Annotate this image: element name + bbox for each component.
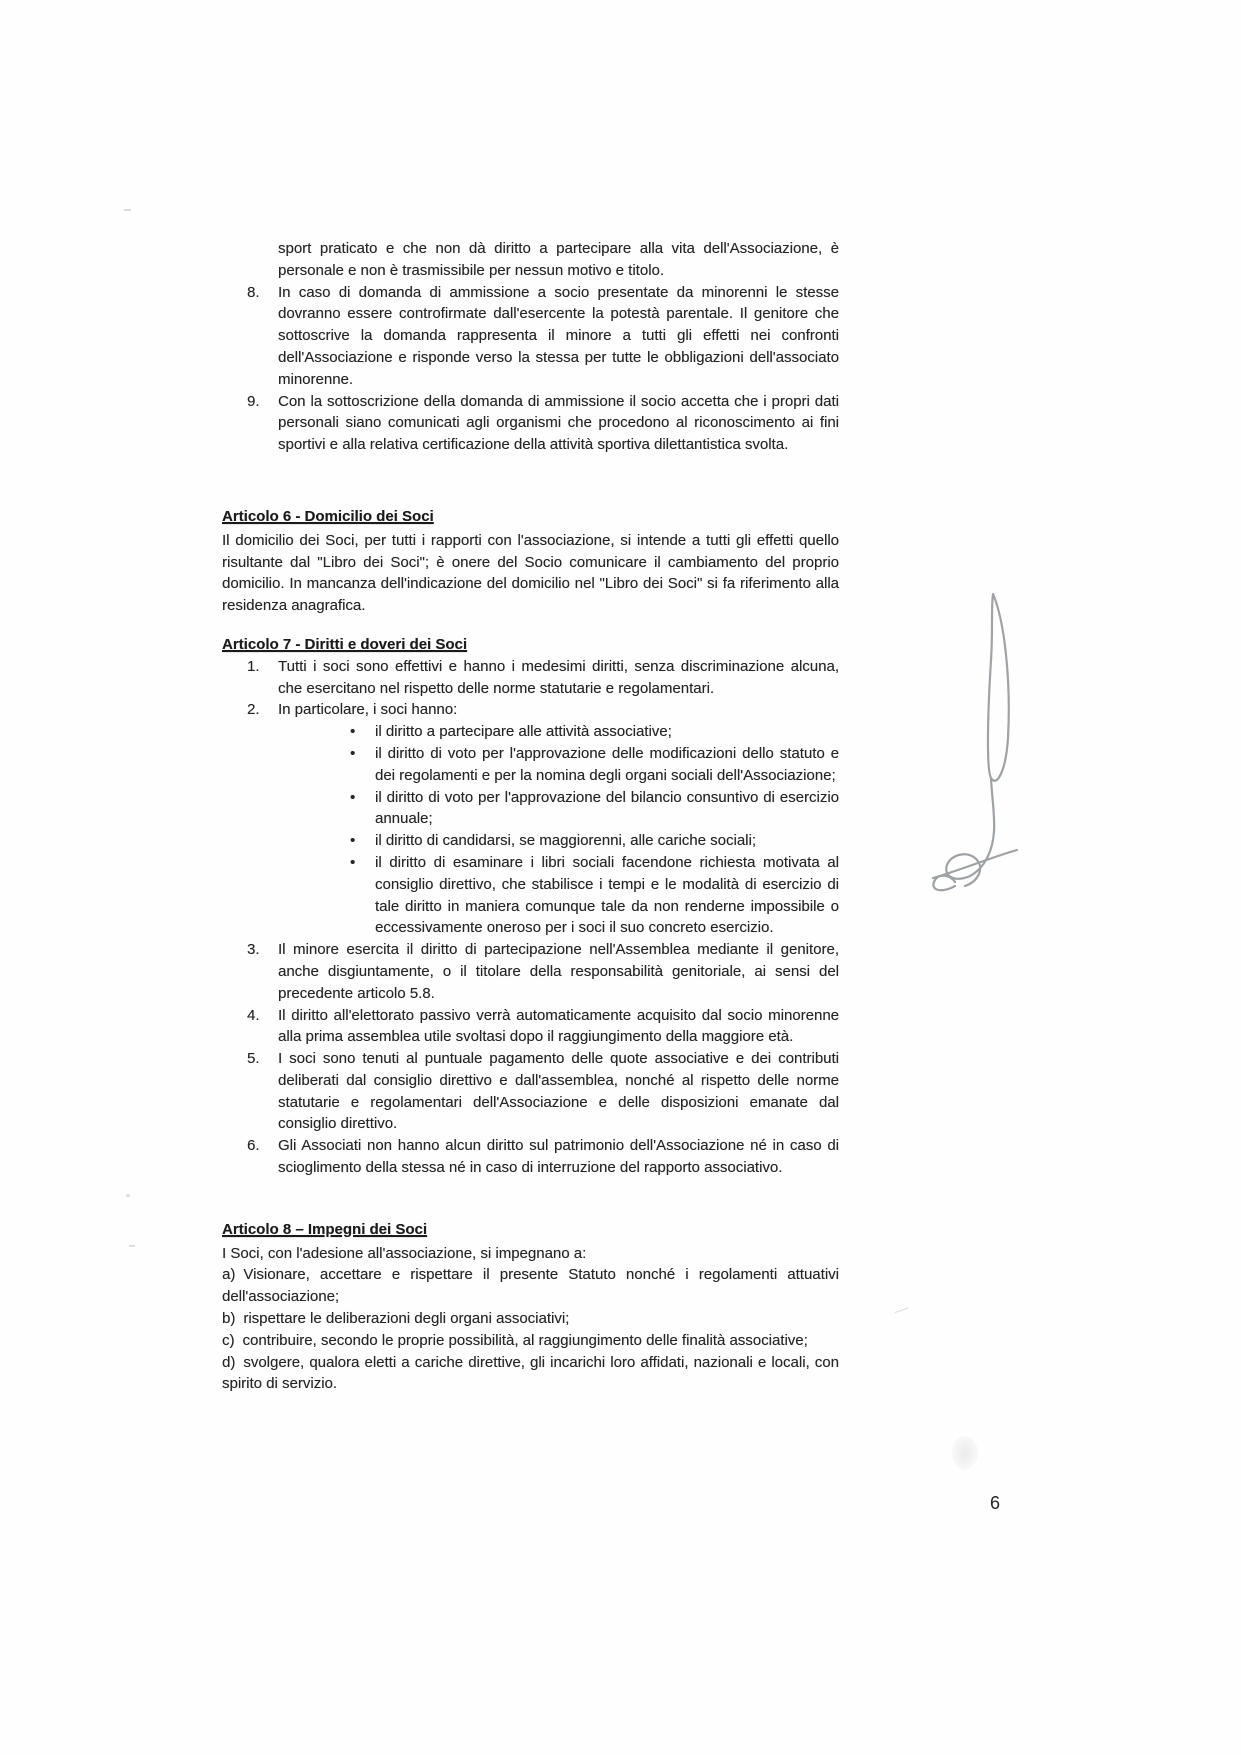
article6-body: Il domicilio dei Soci, per tutti i rappo…	[222, 530, 839, 617]
page-number: 6	[990, 1493, 1000, 1514]
document-body: sport praticato e che non dà diritto a p…	[222, 238, 839, 1395]
bullet-item: il diritto di esaminare i libri sociali …	[222, 852, 839, 939]
article8-intro: I Soci, con l'adesione all'associazione,…	[222, 1243, 839, 1265]
list-item-text: In caso di domanda di ammissione a socio…	[278, 284, 839, 388]
article7-item-4: 4. Il diritto all'elettorato passivo ver…	[222, 1005, 839, 1049]
article8-point-d: d)svolgere, qualora eletti a cariche dir…	[222, 1352, 839, 1396]
list-number: 4.	[247, 1005, 260, 1027]
list-number: 6.	[247, 1135, 260, 1157]
list-number: 2.	[247, 699, 260, 721]
list-item-8: 8. In caso di domanda di ammissione a so…	[222, 282, 839, 391]
list-item-text: Il diritto all'elettorato passivo verrà …	[278, 1007, 839, 1046]
list-number: 1.	[247, 656, 260, 678]
article8-point-b: b)rispettare le deliberazioni degli orga…	[222, 1308, 839, 1330]
list-number: 8.	[247, 282, 260, 304]
scan-artifact	[129, 1245, 135, 1247]
continuation-paragraph: sport praticato e che non dà diritto a p…	[222, 238, 839, 282]
article6-heading: Articolo 6 - Domicilio dei Soci	[222, 506, 839, 528]
list-item-text: Tutti i soci sono effettivi e hanno i me…	[278, 658, 839, 697]
point-label: d)	[222, 1354, 243, 1371]
point-label: b)	[222, 1310, 243, 1327]
bullet-text: il diritto di voto per l'approvazione de…	[375, 745, 839, 784]
article7-item-1: 1. Tutti i soci sono effettivi e hanno i…	[222, 656, 839, 700]
article7-item-2: 2. In particolare, i soci hanno:	[222, 699, 839, 721]
article7-heading: Articolo 7 - Diritti e doveri dei Soci	[222, 634, 839, 656]
point-text: svolgere, qualora eletti a cariche diret…	[222, 1354, 839, 1393]
point-label: a)	[222, 1266, 243, 1283]
scan-artifact	[952, 1436, 978, 1470]
article8-point-c: c)contribuire, secondo le proprie possib…	[222, 1330, 839, 1352]
scan-artifact	[126, 1194, 130, 1197]
list-item-text: Gli Associati non hanno alcun diritto su…	[278, 1137, 839, 1176]
article7-item-5: 5. I soci sono tenuti al puntuale pagame…	[222, 1048, 839, 1135]
scan-artifact	[892, 1298, 909, 1313]
bullet-text: il diritto di esaminare i libri sociali …	[375, 854, 839, 936]
bullet-text: il diritto a partecipare alle attività a…	[375, 723, 672, 740]
article8-point-a: a)Visionare, accettare e rispettare il p…	[222, 1264, 839, 1308]
bullet-item: il diritto di voto per l'approvazione de…	[222, 787, 839, 831]
list-item-text: Il minore esercita il diritto di parteci…	[278, 941, 839, 1002]
list-item-text: Con la sottoscrizione della domanda di a…	[278, 393, 839, 454]
article8-heading: Articolo 8 – Impegni dei Soci	[222, 1219, 839, 1241]
article7-item-3: 3. Il minore esercita il diritto di part…	[222, 939, 839, 1004]
point-text: Visionare, accettare e rispettare il pre…	[222, 1266, 839, 1305]
document-page: sport praticato e che non dà diritto a p…	[0, 0, 1241, 1755]
list-number: 9.	[247, 391, 260, 413]
list-item-9: 9. Con la sottoscrizione della domanda d…	[222, 391, 839, 456]
bullet-item: il diritto di voto per l'approvazione de…	[222, 743, 839, 787]
point-text: rispettare le deliberazioni degli organi…	[243, 1310, 569, 1327]
article7-item-6: 6. Gli Associati non hanno alcun diritto…	[222, 1135, 839, 1179]
scan-artifact	[124, 209, 131, 211]
handwritten-signature	[925, 588, 1025, 893]
bullet-item: il diritto di candidarsi, se maggiorenni…	[222, 830, 839, 852]
bullet-text: il diritto di voto per l'approvazione de…	[375, 789, 839, 828]
bullet-item: il diritto a partecipare alle attività a…	[222, 721, 839, 743]
list-number: 5.	[247, 1048, 260, 1070]
list-item-text: In particolare, i soci hanno:	[278, 701, 457, 718]
list-item-text: I soci sono tenuti al puntuale pagamento…	[278, 1050, 839, 1132]
list-number: 3.	[247, 939, 260, 961]
point-label: c)	[222, 1332, 243, 1349]
bullet-text: il diritto di candidarsi, se maggiorenni…	[375, 832, 756, 849]
point-text: contribuire, secondo le proprie possibil…	[243, 1332, 808, 1349]
